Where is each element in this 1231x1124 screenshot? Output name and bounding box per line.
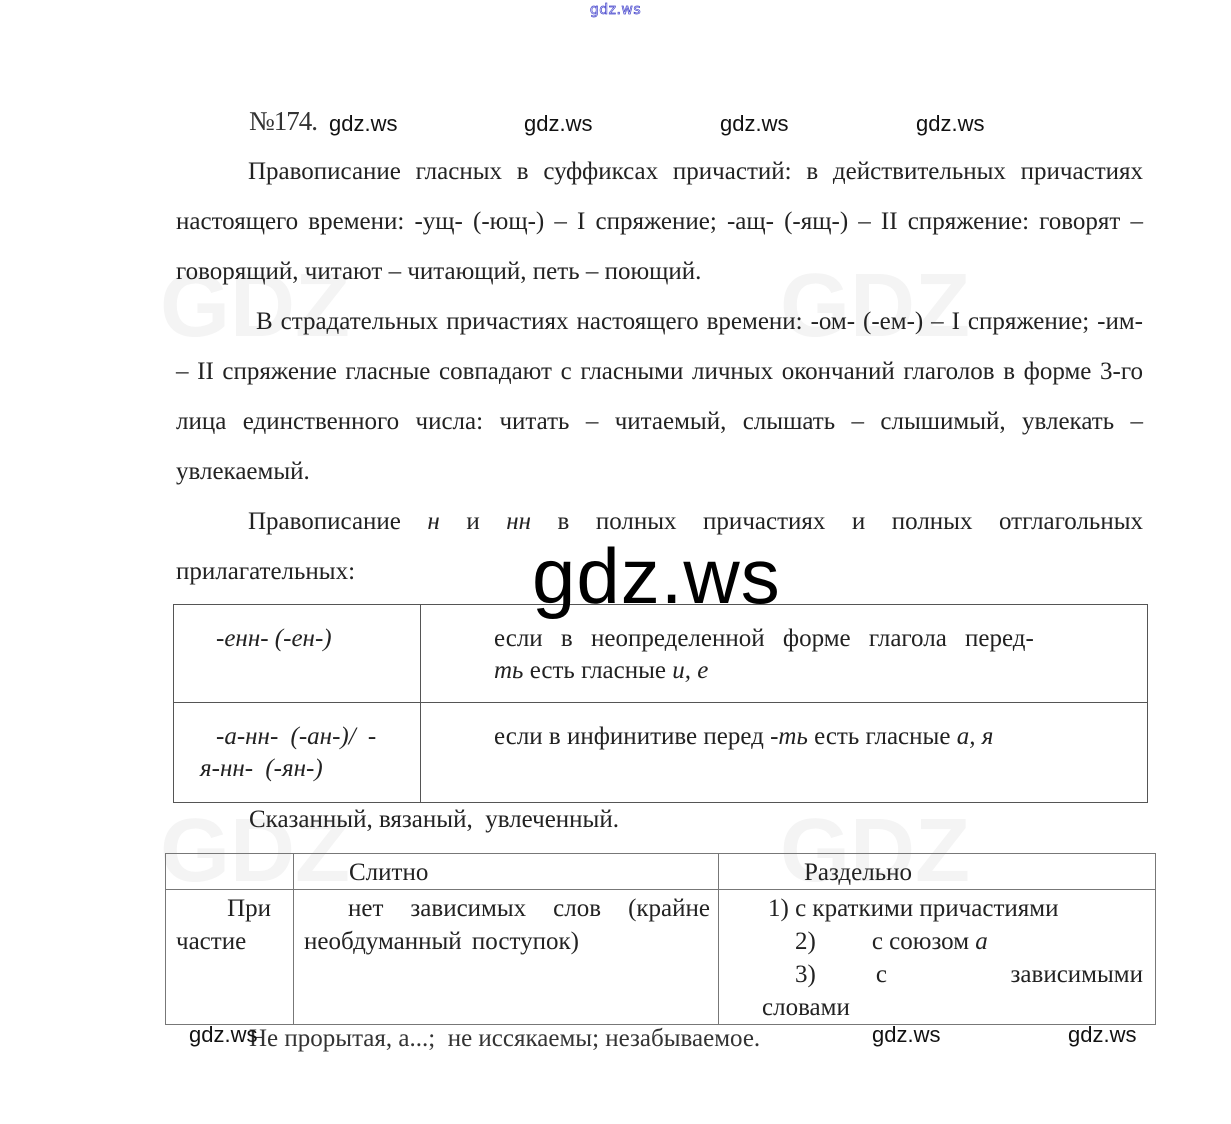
watermark: gdz.ws — [1068, 1022, 1136, 1048]
rule-cell: если в инфинитиве перед -ть есть гласные… — [421, 703, 1148, 803]
text: и — [440, 508, 506, 535]
text: с союзом — [872, 928, 975, 955]
rule-text: если в неопределенной форме глагола пере… — [421, 605, 1147, 687]
top-watermark: gdz.ws — [0, 2, 1231, 18]
item-number: 3) — [795, 958, 816, 991]
text: Правописание — [248, 508, 427, 535]
italic-nn: нн — [506, 508, 531, 535]
watermark: gdz.ws — [524, 111, 592, 137]
separate-cell: 1) с краткими причастиями 2)с союзом а 3… — [719, 890, 1156, 1025]
row-label: При частие — [166, 890, 293, 958]
paragraph-text: В страдательных причастиях настоящего вр… — [176, 308, 1143, 485]
italic-text: и, е — [672, 657, 708, 684]
exercise-number: №174. — [249, 106, 317, 137]
suffix-cell: -а-нн- (-ан-)/ - я-нн- (-ян-) — [174, 703, 421, 803]
final-line: Не прорытая, а...; не иссякаемы; незабыв… — [249, 1025, 760, 1053]
watermark: gdz.ws — [189, 1022, 257, 1048]
ne-spelling-table: Слитно Раздельно При частие нет зависимы… — [165, 853, 1156, 1025]
text: с — [876, 958, 887, 991]
rule-cell: если в неопределенной форме глагола пере… — [421, 605, 1148, 703]
italic-text: ть — [494, 657, 523, 684]
table-row: При частие нет зависимых слов (крайне не… — [166, 890, 1156, 1025]
text: если в неопределенной форме глагола пере… — [494, 625, 1034, 652]
row-label-part: При — [176, 892, 283, 925]
list-item: 1) с краткими причастиями — [762, 892, 1143, 925]
table-row: -а-нн- (-ан-)/ - я-нн- (-ян-) если в инф… — [174, 703, 1148, 803]
examples-line: Сказанный, вязаный, увлеченный. — [249, 806, 619, 834]
suffix-text: -а-нн- (-ан-)/ - я-нн- (-ян-) — [174, 703, 420, 785]
watermark: gdz.ws — [872, 1022, 940, 1048]
list-item-continuation: словами — [762, 991, 1143, 1024]
item-number: 2) — [795, 928, 816, 955]
rule-text: если в инфинитиве перед -ть есть гласные… — [421, 703, 1147, 753]
text: есть гласные — [808, 723, 957, 750]
text: если в инфинитиве перед — [494, 723, 770, 750]
header-text: Слитно — [294, 854, 718, 889]
text: зависимыми — [1011, 958, 1143, 991]
paragraph-active-participles: Правописание гласных в суффиксах причаст… — [176, 147, 1143, 297]
suffix-text: -енн- (-ен-) — [174, 605, 420, 655]
header-text: Раздельно — [719, 854, 1155, 889]
together-cell: нет зависимых слов (крайне необдуманный … — [294, 890, 719, 1025]
suffix-table: -енн- (-ен-) если в неопределенной форме… — [173, 604, 1148, 803]
table-header-row: Слитно Раздельно — [166, 854, 1156, 890]
together-text: нет зависимых слов (крайне необдуманный … — [294, 890, 718, 958]
row-label-cell: При частие — [166, 890, 294, 1025]
list-item: 3) с зависимыми — [762, 958, 1143, 991]
text: есть гласные — [523, 657, 672, 684]
italic-n: н — [427, 508, 439, 535]
italic-text: а — [975, 928, 988, 955]
list-item: 2)с союзом а — [762, 925, 1143, 958]
italic-text: а, я — [957, 723, 994, 750]
italic-text: -ть — [770, 723, 808, 750]
watermark: gdz.ws — [329, 111, 397, 137]
row-label-part: частие — [176, 925, 283, 958]
header-empty — [166, 854, 294, 890]
watermark: gdz.ws — [720, 111, 788, 137]
center-watermark: gdz.ws — [532, 531, 781, 622]
header-separate: Раздельно — [719, 854, 1156, 890]
separate-list: 1) с краткими причастиями 2)с союзом а 3… — [719, 890, 1155, 1024]
suffix-cell: -енн- (-ен-) — [174, 605, 421, 703]
header-together: Слитно — [294, 854, 719, 890]
watermark: gdz.ws — [916, 111, 984, 137]
paragraph-text: Правописание гласных в суффиксах причаст… — [176, 158, 1143, 285]
paragraph-passive-participles: В страдательных причастиях настоящего вр… — [176, 297, 1143, 497]
